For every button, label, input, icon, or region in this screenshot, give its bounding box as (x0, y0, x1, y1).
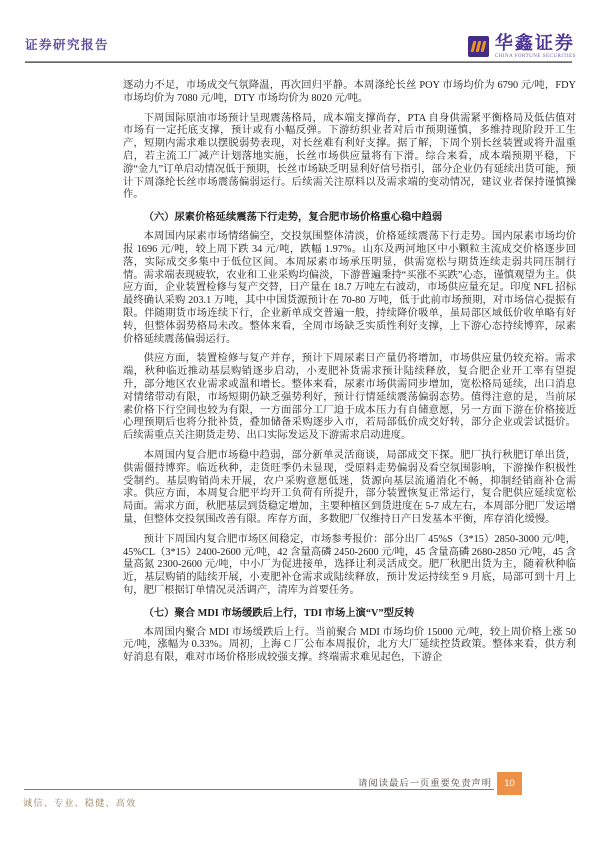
section-heading: （七）聚合 MDI 市场缓跌后上行，TDI 市场上演“V”型反转 (123, 607, 576, 620)
section-heading: （六）尿素价格延续震荡下行走势，复合肥市场价格重心稳中趋弱 (123, 211, 576, 224)
page-number-badge: 10 (497, 772, 522, 795)
paragraph: 下周国际原油市场预计呈现震荡格局，成本端支撑尚存，PTA 自身供需紧平衡格局及低… (123, 113, 576, 203)
report-type-label: 证券研究报告 (25, 35, 109, 53)
brand-logo: 华鑫证券 CHINA FORTUNE SECURITIES (468, 33, 576, 59)
paragraph: 供应方面，装置检修与复产并存，预计下周尿素日产量仍将增加，市场供应量仍较充裕。需… (123, 353, 576, 443)
disclaimer-text: 请阅读最后一页重要免责声明 (0, 775, 492, 789)
paragraph: 本周国内复合肥市场稳中趋弱，部分新单灵活商谈，局部成交下探。肥厂执行秋肥订单出货… (123, 450, 576, 527)
paragraph: 本周国内聚合 MDI 市场缓跌后上行。当前聚合 MDI 市场均价 15000 元… (123, 627, 576, 665)
paragraph: 预计下周国内复合肥市场区间稳定，市场参考报价：部分出厂 45%S（3*15）28… (123, 534, 576, 598)
brand-subtitle: CHINA FORTUNE SECURITIES (495, 54, 576, 59)
slogan-text: 诚信、专业、稳健、高效 (23, 795, 136, 809)
brand-text: 华鑫证券 CHINA FORTUNE SECURITIES (495, 33, 576, 59)
report-body: 逐动力不足，市场成交气氛降温，再次回归平静。本周涤纶长丝 POY 市场均价为 6… (123, 80, 576, 665)
brand-name: 华鑫证券 (495, 33, 575, 53)
footer-divider (24, 789, 494, 790)
header-divider (25, 61, 572, 63)
logo-stroke-icon (480, 41, 486, 52)
paragraph: 逐动力不足，市场成交气氛降温，再次回归平静。本周涤纶长丝 POY 市场均价为 6… (123, 80, 576, 106)
report-page: 证券研究报告 华鑫证券 CHINA FORTUNE SECURITIES 逐动力… (0, 0, 596, 842)
paragraph: 本周国内尿素市场情绪偏空，交投氛围整体清淡，价格延续震荡下行走势。国内尿素市场均… (123, 231, 576, 346)
brand-logo-icon (468, 36, 489, 57)
